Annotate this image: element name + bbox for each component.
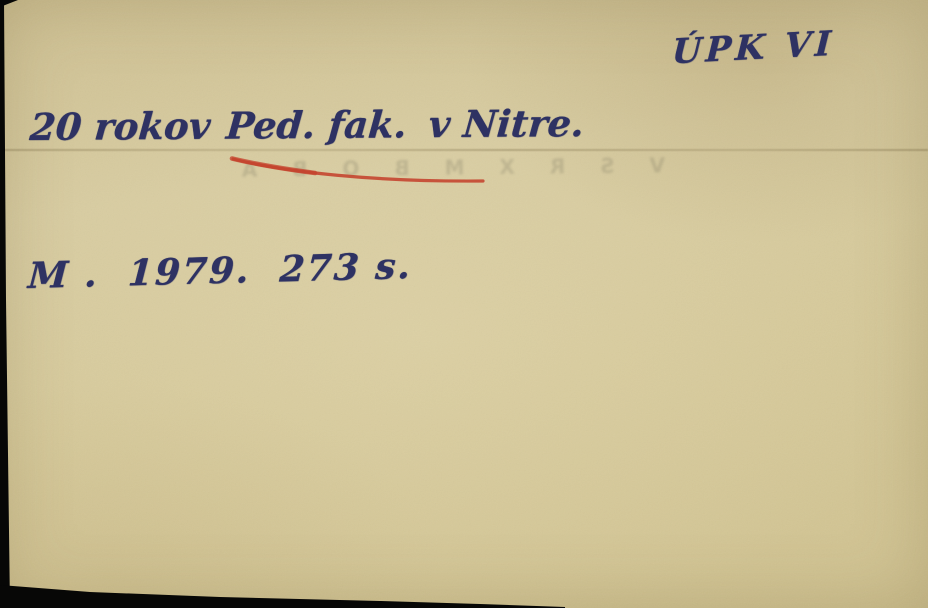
index-card-paper: V S R X M B O B A ÚPK VI 20 rokovPed. fa… — [0, 0, 928, 608]
imprint-line: M . 1979. 273 s. — [27, 245, 414, 297]
classification-code: ÚPK VI — [671, 24, 836, 73]
ink-showthrough-text: V S R X M B O B A — [145, 153, 665, 182]
scanned-catalog-card: V S R X M B O B A ÚPK VI 20 rokovPed. fa… — [0, 0, 928, 608]
title-suffix: v Nitre. — [427, 101, 586, 146]
baseline-rule — [0, 149, 928, 151]
paper-texture — [0, 0, 928, 608]
title-underlined-words: Ped. fak. — [225, 102, 409, 147]
title-prefix: 20 rokov — [28, 104, 212, 149]
title-line: 20 rokovPed. fak.v Nitre. — [28, 101, 586, 149]
